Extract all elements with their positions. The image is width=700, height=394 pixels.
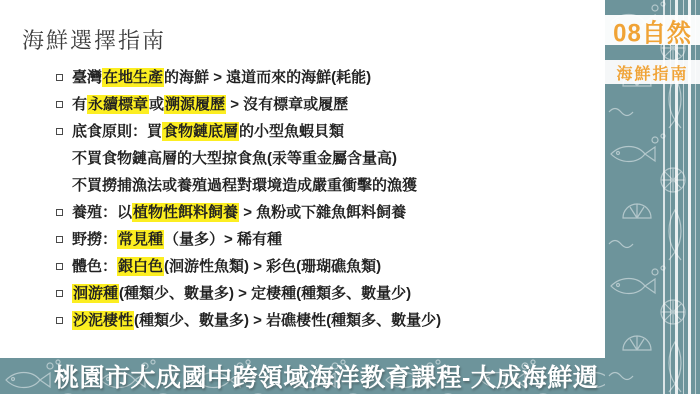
highlighted-text: 沙泥棲性 [72,311,134,330]
bullet-square-icon [56,74,63,81]
bullet-square-icon [56,317,63,324]
text-segment: 的海鮮 > 遠道而來的海鮮(耗能) [164,69,371,86]
chapter-tab-label: 海鮮指南 [616,61,688,84]
text-segment: 不買食物鏈高層的大型掠食魚(汞等重金屬含量高) [72,150,397,167]
text-segment: 臺灣 [72,69,102,86]
text-segment: (洄游性魚類) > 彩色(珊瑚礁魚類) [164,258,381,275]
footer-bar: 桃園市大成國中跨領域海洋教育課程-大成海鮮週 [0,358,605,394]
list-item: 不買撈捕漁法或養殖過程對環境造成嚴重衝擊的漁獲 [72,172,602,199]
text-segment: (種類少、數量多) > 定棲種(種類多、數量少) [119,285,411,302]
bullet-square-icon [56,263,63,270]
page-title: 海鮮選擇指南 [22,24,166,55]
text-segment: 養殖：以 [72,204,132,221]
chapter-tab: 海鮮指南 [605,60,700,84]
highlighted-text: 永續標章 [87,95,149,114]
sidebar: 08自然 海鮮指南 [605,0,700,394]
highlighted-text: 常見種 [117,230,164,249]
highlighted-text: 洄游種 [72,284,119,303]
list-item: 野撈：常見種（量多）> 稀有種 [72,226,602,253]
footer-text: 桃園市大成國中跨領域海洋教育課程-大成海鮮週 [54,358,598,394]
highlighted-text: 在地生產 [102,68,164,87]
list-item: 體色：銀白色(洄游性魚類) > 彩色(珊瑚礁魚類) [72,253,602,280]
list-item: 底食原則：買食物鏈底層的小型魚蝦貝類 [72,118,602,145]
bullet-list: 臺灣在地生產的海鮮 > 遠道而來的海鮮(耗能)有永續標章或溯源履歷 > 沒有標章… [72,64,602,334]
bullet-square-icon [56,236,63,243]
list-item: 有永續標章或溯源履歷 > 沒有標章或履歷 [72,91,602,118]
highlighted-text: 食物鏈底層 [162,122,239,141]
highlighted-text: 銀白色 [117,257,164,276]
list-item: 不買食物鏈高層的大型掠食魚(汞等重金屬含量高) [72,145,602,172]
slide-content: 海鮮選擇指南 臺灣在地生產的海鮮 > 遠道而來的海鮮(耗能)有永續標章或溯源履歷… [0,0,605,358]
text-segment: 野撈： [72,231,117,248]
text-segment: 或 [149,96,164,113]
list-item: 洄游種(種類少、數量多) > 定棲種(種類多、數量少) [72,280,602,307]
highlighted-text: 植物性餌料飼養 [132,203,239,222]
text-segment: 的小型魚蝦貝類 [239,123,344,140]
bullet-square-icon [56,290,63,297]
list-item: 臺灣在地生產的海鮮 > 遠道而來的海鮮(耗能) [72,64,602,91]
presentation-slide: 海鮮選擇指南 臺灣在地生產的海鮮 > 遠道而來的海鮮(耗能)有永續標章或溯源履歷… [0,0,700,394]
bullet-square-icon [56,209,63,216]
list-item: 沙泥棲性(種類少、數量多) > 岩礁棲性(種類多、數量少) [72,307,602,334]
text-segment: 有 [72,96,87,113]
list-item: 養殖：以植物性餌料飼養 > 魚粉或下雜魚餌料飼養 [72,199,602,226]
text-segment: 體色： [72,258,117,275]
text-segment: 不買撈捕漁法或養殖過程對環境造成嚴重衝擊的漁獲 [72,177,417,194]
text-segment: (種類少、數量多) > 岩礁棲性(種類多、數量少) [134,312,441,329]
highlighted-text: 溯源履歷 [164,95,226,114]
series-logo: 08自然 [613,12,692,49]
text-segment: 底食原則：買 [72,123,162,140]
text-segment: > 沒有標章或履歷 [226,96,348,113]
series-logo-band: 08自然 [605,15,700,45]
bullet-square-icon [56,101,63,108]
text-segment: > 魚粉或下雜魚餌料飼養 [239,204,406,221]
bullet-square-icon [56,128,63,135]
text-segment: （量多）> 稀有種 [164,231,282,248]
